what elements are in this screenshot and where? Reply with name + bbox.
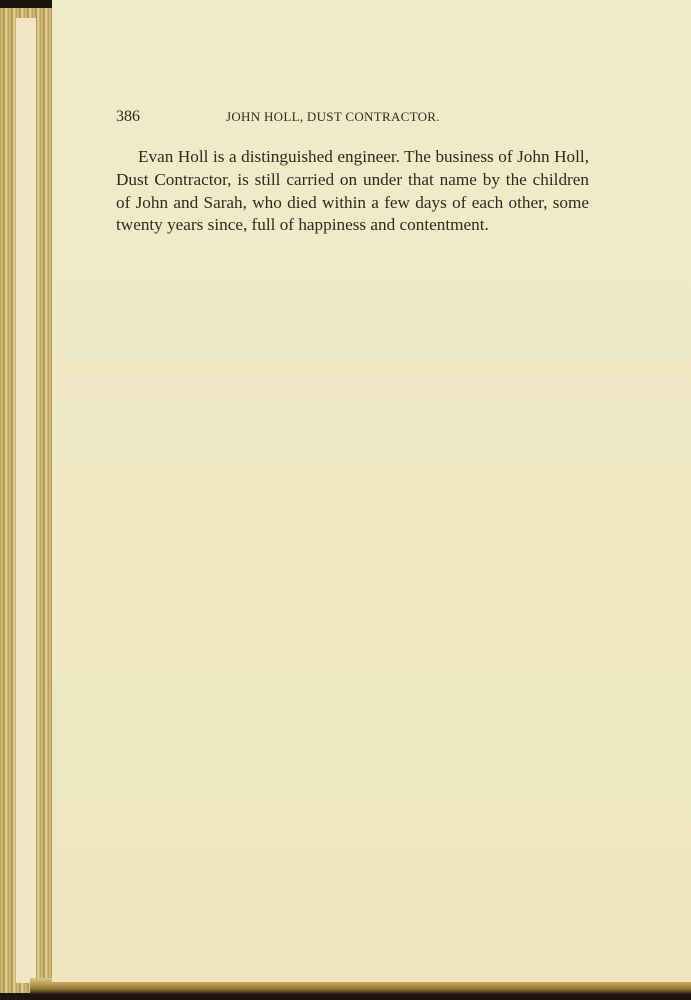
page-edge-inner	[16, 18, 36, 983]
page-stack-edge	[0, 8, 56, 993]
page-number: 386	[116, 108, 226, 126]
body-text: Evan Holl is a distinguished engineer. T…	[116, 146, 589, 237]
paragraph: Evan Holl is a distinguished engineer. T…	[116, 146, 589, 237]
page-header: 386 JOHN HOLL, DUST CONTRACTOR.	[116, 108, 476, 126]
running-head: JOHN HOLL, DUST CONTRACTOR.	[226, 109, 440, 125]
